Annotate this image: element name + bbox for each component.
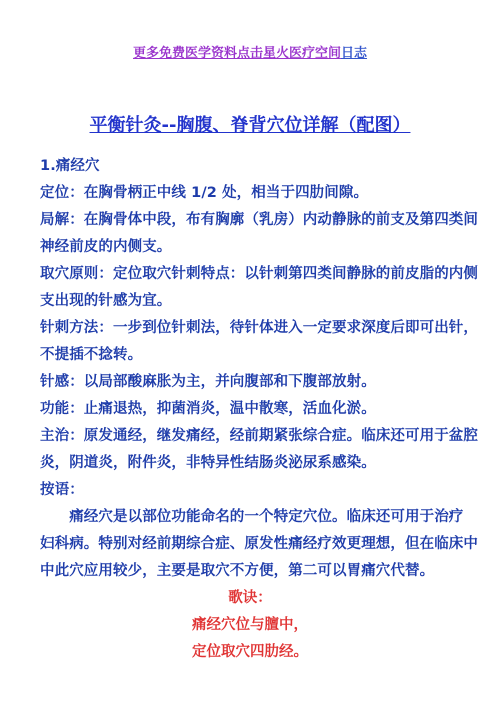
document-title: 平衡针灸--胸腹、脊背穴位详解（配图）	[0, 114, 500, 138]
body-line-selection-2: 支出现的针感为宜。	[40, 288, 460, 315]
header-link-row: 更多免费医学资料点击星火医疗空间日志	[0, 0, 500, 62]
verse-line-label: 歌诀：	[0, 585, 500, 612]
body-line-point-name: 1.痛经穴	[40, 153, 460, 180]
body-line-indication-1: 主治：原发通经，继发痛经，经前期紧张综合症。临床还可用于盆腔	[40, 423, 460, 450]
document-body: 1.痛经穴 定位：在胸骨柄正中线 1/2 处，相当于四肋间隙。 局解：在胸骨体中…	[0, 153, 500, 585]
body-line-method-1: 针刺方法：一步到位针刺法，待针体进入一定要求深度后即可出针，	[40, 315, 460, 342]
body-line-note-3: 中此穴应用较少，主要是取穴不方便，第二可以胃痛穴代替。	[40, 558, 460, 585]
body-line-note-1: 痛经穴是以部位功能命名的一个特定穴位。临床还可用于治疗	[40, 504, 460, 531]
verse-line-1: 痛经穴位与膻中，	[0, 612, 500, 639]
verse-block: 歌诀： 痛经穴位与膻中， 定位取穴四肋经。	[0, 585, 500, 666]
document-page: 更多免费医学资料点击星火医疗空间日志 平衡针灸--胸腹、脊背穴位详解（配图） 1…	[0, 0, 500, 708]
body-line-anatomy-1: 局解：在胸骨体中段，布有胸廓（乳房）内动静脉的前支及第四类间	[40, 207, 460, 234]
body-line-note-label: 按语：	[40, 477, 460, 504]
header-link[interactable]: 更多免费医学资料点击星火医疗空间日志	[133, 46, 367, 61]
body-line-selection-1: 取穴原则：定位取穴针刺特点：以针刺第四类间静脉的前皮脂的内侧	[40, 261, 460, 288]
body-line-sensation: 针感：以局部酸麻胀为主，并向腹部和下腹部放射。	[40, 369, 460, 396]
verse-line-2: 定位取穴四肋经。	[0, 639, 500, 666]
body-line-note-2: 妇科病。特别对经前期综合症、原发性痛经疗效更理想，但在临床中	[40, 531, 460, 558]
body-line-anatomy-2: 神经前皮的内侧支。	[40, 234, 460, 261]
body-line-function: 功能：止痛退热，抑菌消炎，温中散寒，活血化淤。	[40, 396, 460, 423]
header-link-tail-text[interactable]: 日志	[341, 46, 367, 61]
body-line-indication-2: 炎，阴道炎，附件炎，非特异性结肠炎泌尿系感染。	[40, 450, 460, 477]
body-line-location: 定位：在胸骨柄正中线 1/2 处，相当于四肋间隙。	[40, 180, 460, 207]
header-link-visited-text[interactable]: 更多免费医学资料点击星火医疗空间	[133, 46, 341, 61]
body-line-method-2: 不提插不捻转。	[40, 342, 460, 369]
